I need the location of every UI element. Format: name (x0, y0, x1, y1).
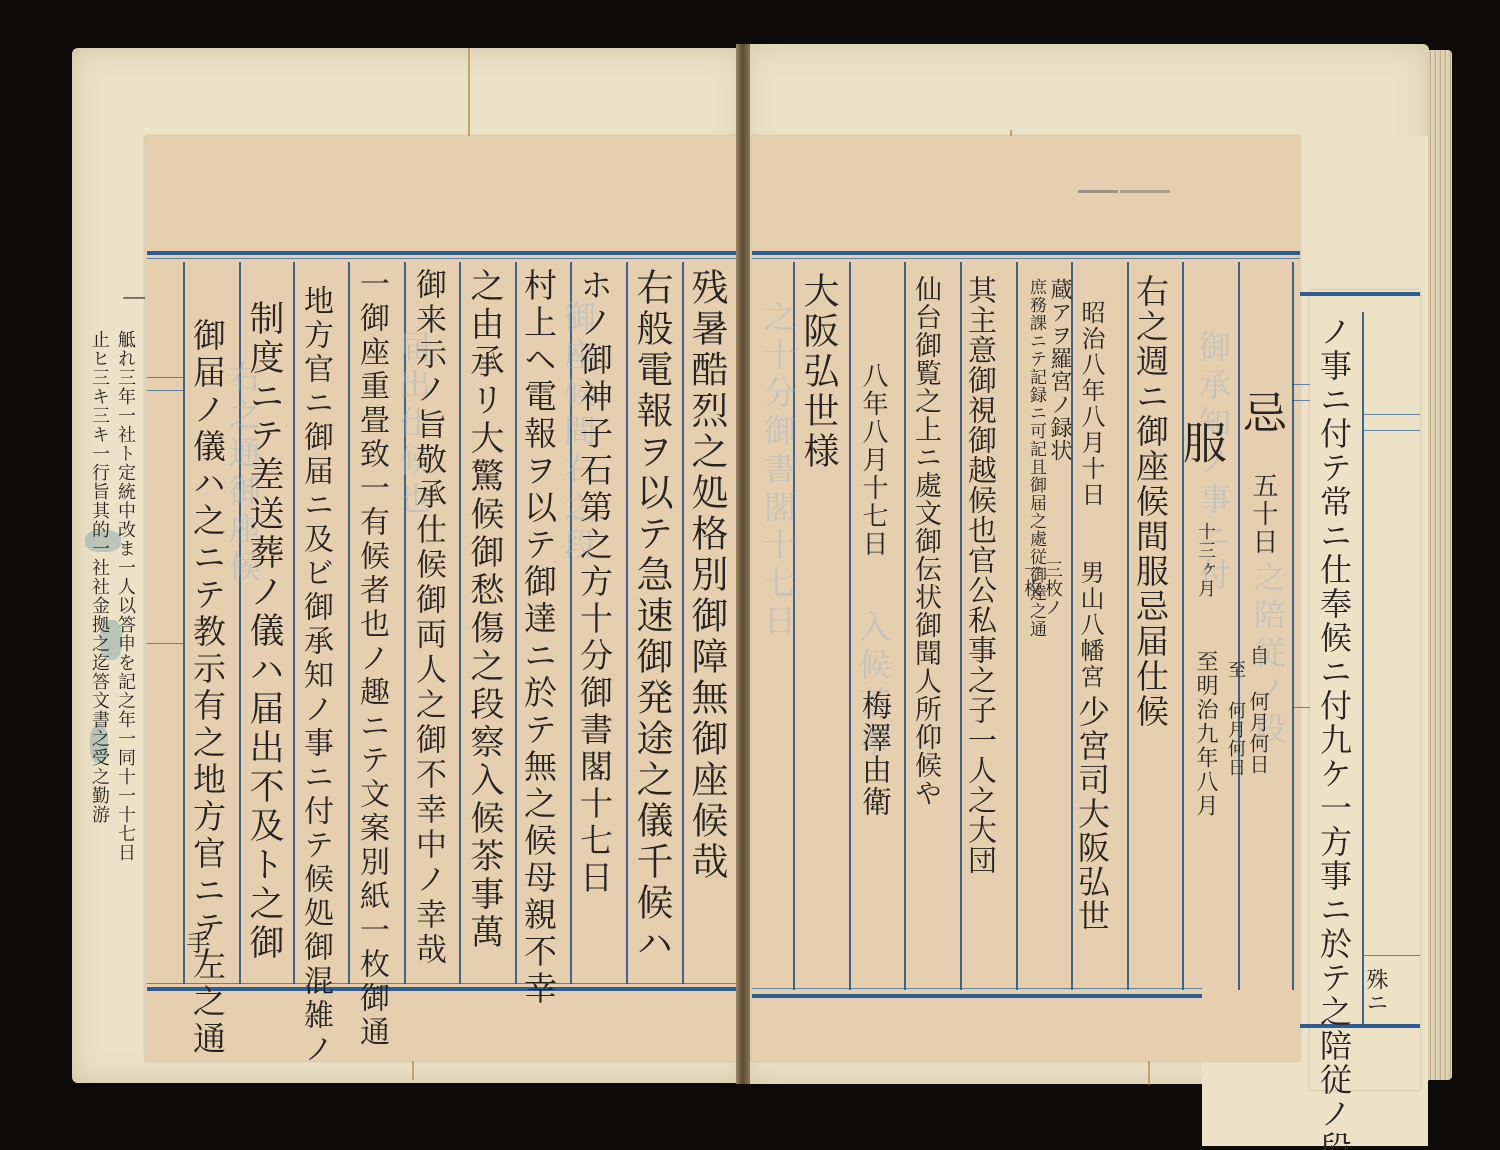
margin-note-line: 觝れ三年一社ト定統中改ま一人以答申を記之年一同十一十七日 (116, 330, 134, 1110)
ink-mark (1120, 190, 1170, 193)
page-stack-edge (1428, 50, 1452, 1080)
column-line (348, 262, 350, 984)
ink-mark (1078, 190, 1118, 193)
text-column: 一御座重畳致一有候者也ノ趣ニテ文案別紙一枚御通 (356, 268, 386, 983)
column-line (293, 262, 295, 984)
text-column: 村上ヘ電報ヲ以テ御達ニ於テ無之候母親不幸 (522, 268, 555, 983)
bottom-border-rule-thin (752, 988, 1202, 989)
outer-column-note: 殊ニ (1364, 968, 1386, 1014)
tick-rule (1292, 400, 1310, 401)
book-gutter (736, 44, 750, 1084)
tick-rule (147, 390, 183, 391)
text-column: ホノ御神子石第之方十分御書閣十七日 (578, 268, 611, 983)
text-column: 制度ニテ差送葬ノ儀ハ届出不及ト之御 (246, 300, 281, 980)
column-line (682, 262, 684, 984)
text-column: 其主意御視御越候也官公私事之子一人之大団 (966, 275, 995, 985)
tick-rule (147, 643, 183, 644)
column-line (1292, 262, 1294, 990)
text-column: 仙台御覧之上ニ處文御伝状御聞人所仰候や (912, 275, 939, 985)
mourning-label-fuku: 服 (1178, 420, 1222, 468)
bottom-border-rule (147, 987, 743, 991)
mourning-label-ki: 忌 (1238, 390, 1282, 438)
bottom-border-rule-thin (147, 983, 743, 984)
signatory: 少宮司大阪弘世 (1076, 695, 1108, 933)
column-line (1362, 312, 1364, 1024)
text-column: 右之週ニ御座候間服忌届仕候 (1134, 274, 1167, 564)
tick-rule (147, 377, 183, 378)
column-line (1238, 262, 1240, 990)
top-border-rule (147, 251, 743, 255)
text-column: 右般電報ヲ以テ急速御発途之儀千候ハ (633, 268, 670, 983)
column-line (1182, 262, 1184, 990)
top-border-rule (752, 251, 1300, 255)
mourning-period-end: 至明治九年八月 (1194, 650, 1216, 818)
text-column: 大阪弘世様 (800, 272, 836, 472)
column-line (904, 262, 906, 990)
shrine-name: 男山八幡宮 (1078, 560, 1102, 690)
small-note-column: 蔵アヲ羅宮ノ録状 (1048, 278, 1070, 462)
column-line (1127, 262, 1129, 990)
text-column: 地方官ニ御届ニ及ビ御承知ノ事ニ付テ候処御混雑ノ (300, 285, 330, 985)
date-to: 至 何月何日 (1226, 660, 1244, 777)
top-border-rule-thin (752, 258, 1300, 259)
mourning-days: 五十日 (1250, 472, 1276, 556)
tick-rule (1362, 955, 1420, 956)
column-line (1016, 262, 1018, 990)
margin-note-line: 止ヒ三キ三キ一行旨其的一社社金拠之迄答文書之受之勤游 (90, 330, 108, 1110)
show-through-text: 之十分御書閣十七日 (755, 300, 801, 642)
text-column: 残暑酷烈之処格別御障無御座候哉 (688, 268, 725, 983)
text-column: 八年八月十七日 (860, 362, 886, 558)
column-line (626, 262, 628, 984)
text-column-end: 手 (184, 930, 208, 956)
date-from: 自 何月何日 (1248, 645, 1268, 775)
column-line (960, 262, 962, 990)
small-note: 三枚ノ (1043, 560, 1061, 617)
outer-text-column: ノ事ニ付テ常ニ仕奉候ニ付九ケ一方事ニ於テ之陪従ノ段 (1318, 315, 1350, 1020)
tick-rule (1292, 384, 1310, 385)
tick-rule (1292, 707, 1310, 708)
text-column: 御来示ノ旨敬承仕候御両人之御不幸中ノ幸哉 (412, 268, 443, 983)
column-line (459, 262, 461, 984)
column-line (183, 262, 185, 984)
tick-rule (1362, 414, 1420, 415)
date-column: 昭治八年八月十日 (1079, 300, 1103, 508)
small-note: 一枚 (1022, 560, 1040, 598)
text-column: 之由承リ大驚候御愁傷之段察入候茶事萬 (467, 268, 501, 983)
mourning-period: 十三ヶ月 (1196, 522, 1214, 598)
signature-column: 梅澤由衛 (858, 690, 888, 818)
outer-top-rule (1298, 292, 1420, 296)
tick-rule (1362, 430, 1420, 431)
text-column: 御届ノ儀ハ之ニテ教示有之地方官ニテ左之通 (191, 318, 224, 978)
top-border-rule-thin (147, 258, 743, 259)
column-line (515, 262, 517, 984)
bottom-border-rule (752, 994, 1202, 998)
